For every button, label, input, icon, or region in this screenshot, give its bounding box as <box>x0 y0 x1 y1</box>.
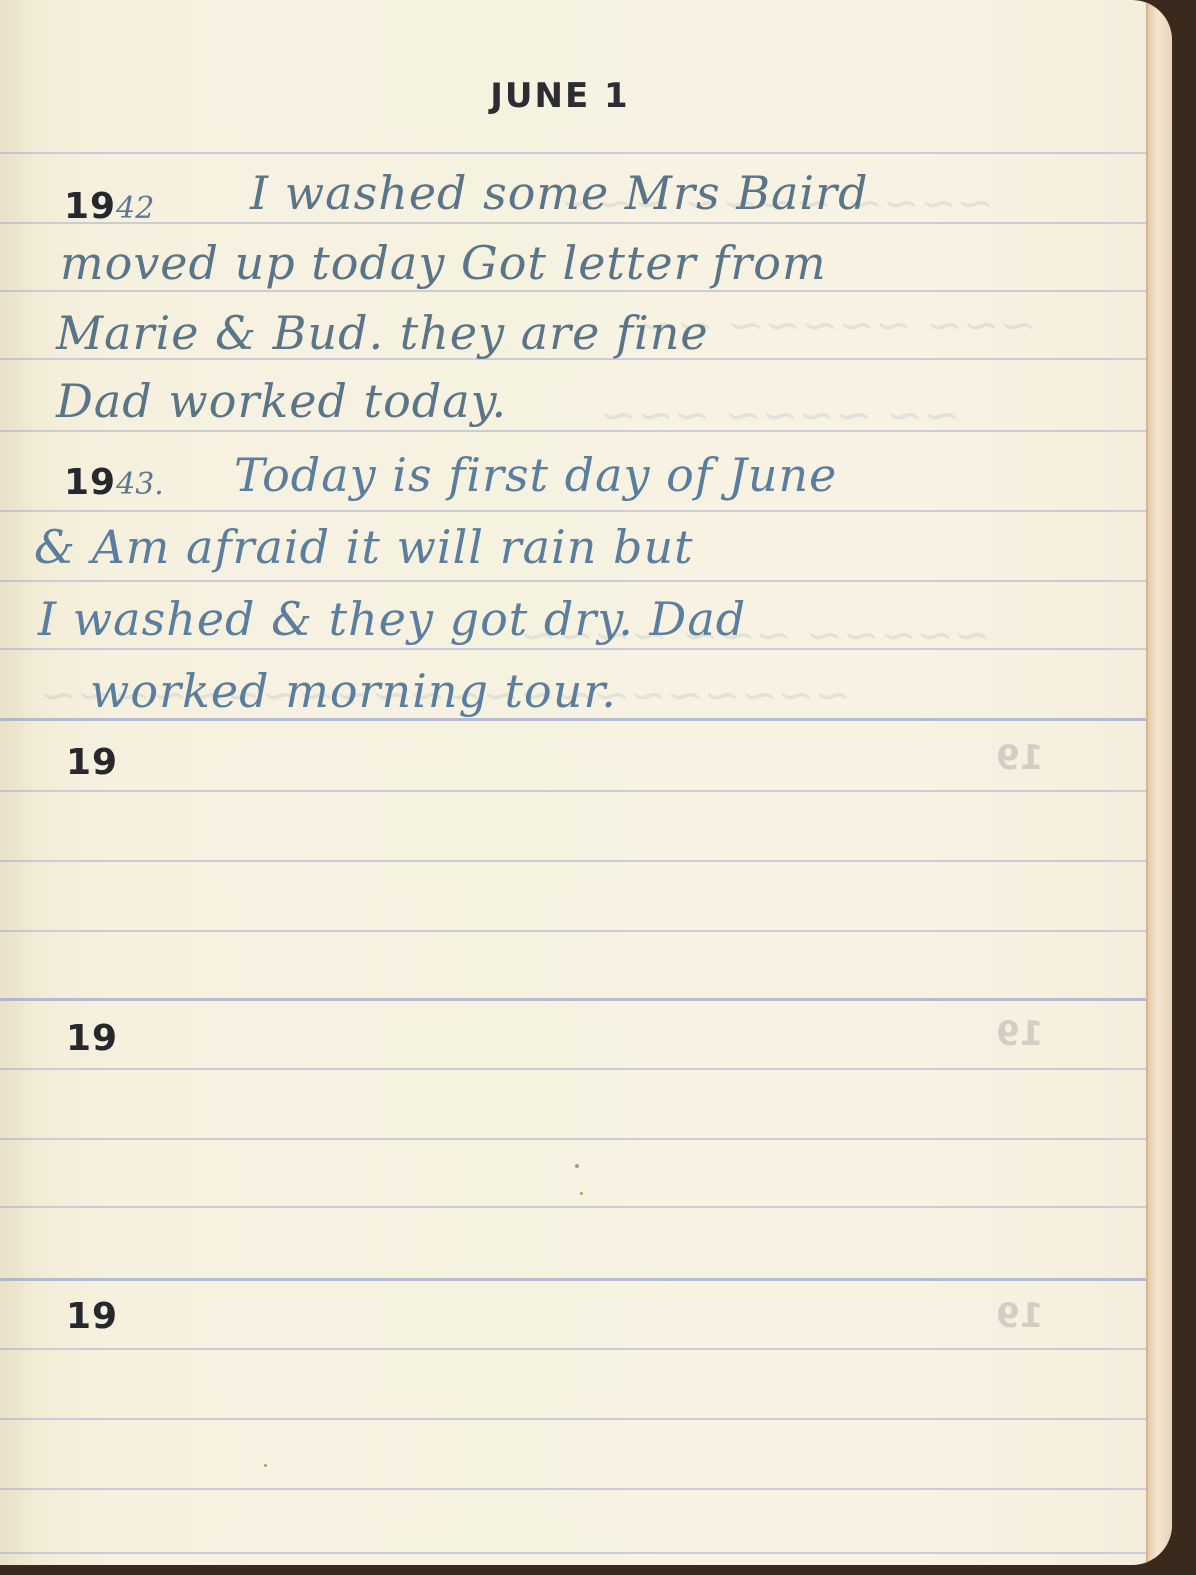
year-printed-prefix: 19 <box>64 186 116 227</box>
diary-page: ~~~~ ~~~~ ~~~ ~~~ ~~~~~ ~~ ~~ ~~~~ ~~~ ~… <box>0 0 1172 1565</box>
page-date-heading: JUNE 1 <box>0 76 1120 116</box>
year-label: 1942 <box>64 186 154 227</box>
entry-line: Today is first day of June <box>234 448 837 502</box>
bleed-through-text: ~~ ~~~~ ~~~ <box>600 390 960 441</box>
entry-line: worked morning tour. <box>90 664 617 718</box>
ruled-line <box>0 290 1146 292</box>
ruled-line <box>0 1418 1146 1420</box>
ruled-line <box>0 1552 1146 1554</box>
ruled-line <box>0 1488 1146 1490</box>
ruled-line <box>0 510 1146 512</box>
year-label: 1943. <box>64 462 164 503</box>
entry-line: I washed some Mrs Baird <box>250 166 869 220</box>
ghost-year-label: 19 <box>996 1296 1043 1336</box>
ruled-line <box>0 1348 1146 1350</box>
year-label-empty-entry: 19 <box>66 1018 118 1059</box>
ruled-line <box>0 790 1146 792</box>
paper-speck <box>264 1464 267 1467</box>
entry-line: & Am afraid it will rain but <box>34 520 694 574</box>
ruled-line <box>0 930 1146 932</box>
ruled-line <box>0 998 1146 1001</box>
paper-speck <box>580 1192 583 1195</box>
ruled-line <box>0 1068 1146 1070</box>
year-label-empty-entry: 19 <box>66 1296 118 1337</box>
paper-speck <box>575 1164 579 1168</box>
entry-line: moved up today Got letter from <box>60 236 827 290</box>
year-label-empty-entry: 19 <box>66 742 118 783</box>
entry-line: Marie & Bud. they are fine <box>56 306 709 360</box>
ghost-year-label: 19 <box>996 1014 1043 1054</box>
ruled-line <box>0 1138 1146 1140</box>
ruled-line <box>0 152 1146 154</box>
ruled-line <box>0 1278 1146 1281</box>
ruled-line <box>0 860 1146 862</box>
page-edge <box>1146 0 1172 1565</box>
year-printed-prefix: 19 <box>64 462 116 503</box>
entry-line: I washed & they got dry. Dad <box>38 592 746 646</box>
ruled-line <box>0 580 1146 582</box>
ruled-line <box>0 1206 1146 1208</box>
ruled-line <box>0 430 1146 432</box>
year-handwritten-suffix: 42 <box>116 191 154 226</box>
year-handwritten-suffix: 43. <box>116 467 164 502</box>
entry-line: Dad worked today. <box>56 374 507 428</box>
ghost-year-label: 19 <box>996 738 1043 778</box>
